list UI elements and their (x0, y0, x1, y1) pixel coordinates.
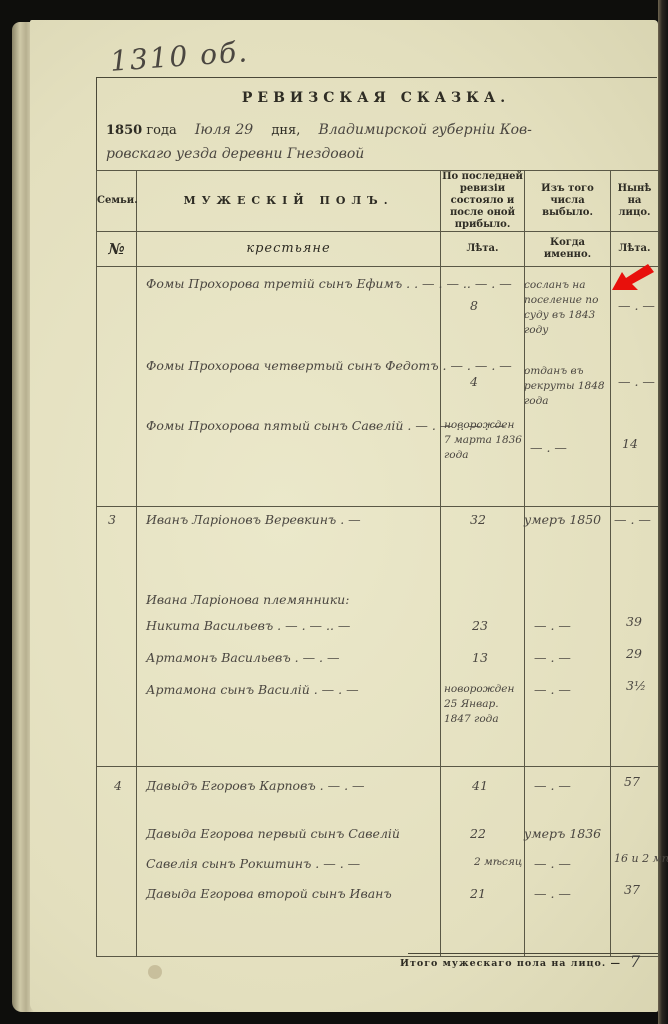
row-7-now: 29 (626, 646, 642, 661)
paper-stain (148, 965, 162, 979)
row-2-dropped: отданъ въ рекруты 1848 года (524, 364, 608, 409)
year: 1850 (106, 123, 142, 138)
row-8-name: Артамона сынъ Василій . — . — (146, 682, 359, 697)
row-12-dropped: — . — (534, 886, 571, 901)
row-4-family: 3 (108, 512, 116, 527)
place-handwritten-1: Владимирской губерніи Ков- (318, 122, 531, 138)
row-6-dropped: — . — (534, 618, 571, 633)
row-2-now: — . — (618, 374, 655, 389)
row-6-now: 39 (626, 614, 642, 629)
header-male-sex: МУЖЕСКІЙ ПОЛЪ. (137, 171, 441, 232)
row-1-dropped: сосланъ на поселение по суду въ 1843 год… (524, 278, 608, 338)
row-11-age: 2 мѣсяц (474, 856, 522, 868)
row-6-name: Никита Васильевъ . — . — .. — (146, 618, 350, 633)
row-10-name: Давыда Егорова первый сынъ Савелій (146, 826, 400, 841)
row-9-age: 41 (472, 778, 488, 793)
day-label: дня, (271, 123, 300, 138)
row-7-dropped: — . — (534, 650, 571, 665)
date-line: 1850 года Іюля 29 дня, Владимирской губе… (106, 122, 546, 138)
row-8-now: 3½ (626, 678, 646, 693)
year-label: года (146, 123, 176, 138)
row-3-dropped: — . — (530, 440, 567, 455)
book-binding (658, 0, 668, 1024)
row-9-family: 4 (114, 778, 122, 793)
row-5-name: Ивана Ларіонова племянники: (146, 592, 349, 607)
header-now-present: Нынѣ на лицо. (611, 171, 659, 232)
row-6-age: 23 (472, 618, 488, 633)
header-dropped-out: Изъ того числа выбыло. (525, 171, 611, 232)
row-7-name: Артамонъ Васильевъ . — . — (146, 650, 340, 665)
document-title: РЕВИЗСКАЯ СКАЗКА. (96, 90, 656, 106)
red-arrow-icon (612, 262, 656, 292)
row-11-now: 16 и 2 мѣс (614, 852, 668, 865)
row-4-dropped: умеръ 1850 (524, 512, 601, 527)
row-12-now: 37 (624, 882, 640, 897)
header-number: № (97, 232, 137, 267)
row-2-age: 4 (470, 374, 478, 389)
row-3-age: новорожден 7 марта 1836 года (444, 418, 524, 463)
row-7-age: 13 (472, 650, 488, 665)
place-handwritten-2: ровскаго уезда деревни Гнездовой (106, 146, 364, 162)
header-family: Семьи. (97, 171, 137, 232)
row-4-now: — . — (614, 512, 651, 527)
total-value: 7 (630, 952, 640, 971)
row-11-name: Савелія сынъ Рокштинъ . — . — (146, 856, 360, 871)
total-rule (408, 953, 658, 954)
row-9-now: 57 (624, 774, 640, 789)
row-4-name: Иванъ Ларіоновъ Веревкинъ . — (146, 512, 361, 527)
row-12-name: Давыда Егорова второй сынъ Иванъ (146, 886, 392, 901)
row-4-age: 32 (470, 512, 486, 527)
row-1-now: — . — (618, 298, 655, 313)
row-10-age: 22 (470, 826, 486, 841)
header-category: крестьяне (137, 232, 441, 267)
row-1-age: 8 (470, 298, 478, 313)
total-label: Итого мужескаго пола на лицо. — (400, 958, 621, 969)
row-11-dropped: — . — (534, 856, 571, 871)
row-3-now: 14 (622, 436, 638, 451)
header-last-revision: По последней ревизіи состояло и после он… (441, 171, 525, 232)
date-handwritten: Іюля 29 (195, 122, 253, 138)
row-1-name: Фомы Прохорова третій сынъ Ефимъ . . — .… (146, 276, 512, 291)
row-2-name: Фомы Прохорова четвертый сынъ Федотъ . —… (146, 358, 512, 373)
row-12-age: 21 (470, 886, 486, 901)
row-9-name: Давыдъ Егоровъ Карповъ . — . — (146, 778, 365, 793)
header-years-1: Лѣта. (441, 232, 525, 267)
row-9-dropped: — . — (534, 778, 571, 793)
row-10-dropped: умеръ 1836 (524, 826, 601, 841)
header-when: Когда именно. (525, 232, 611, 267)
row-8-age: новорожден 25 Январ. 1847 года (444, 682, 524, 727)
row-8-dropped: — . — (534, 682, 571, 697)
